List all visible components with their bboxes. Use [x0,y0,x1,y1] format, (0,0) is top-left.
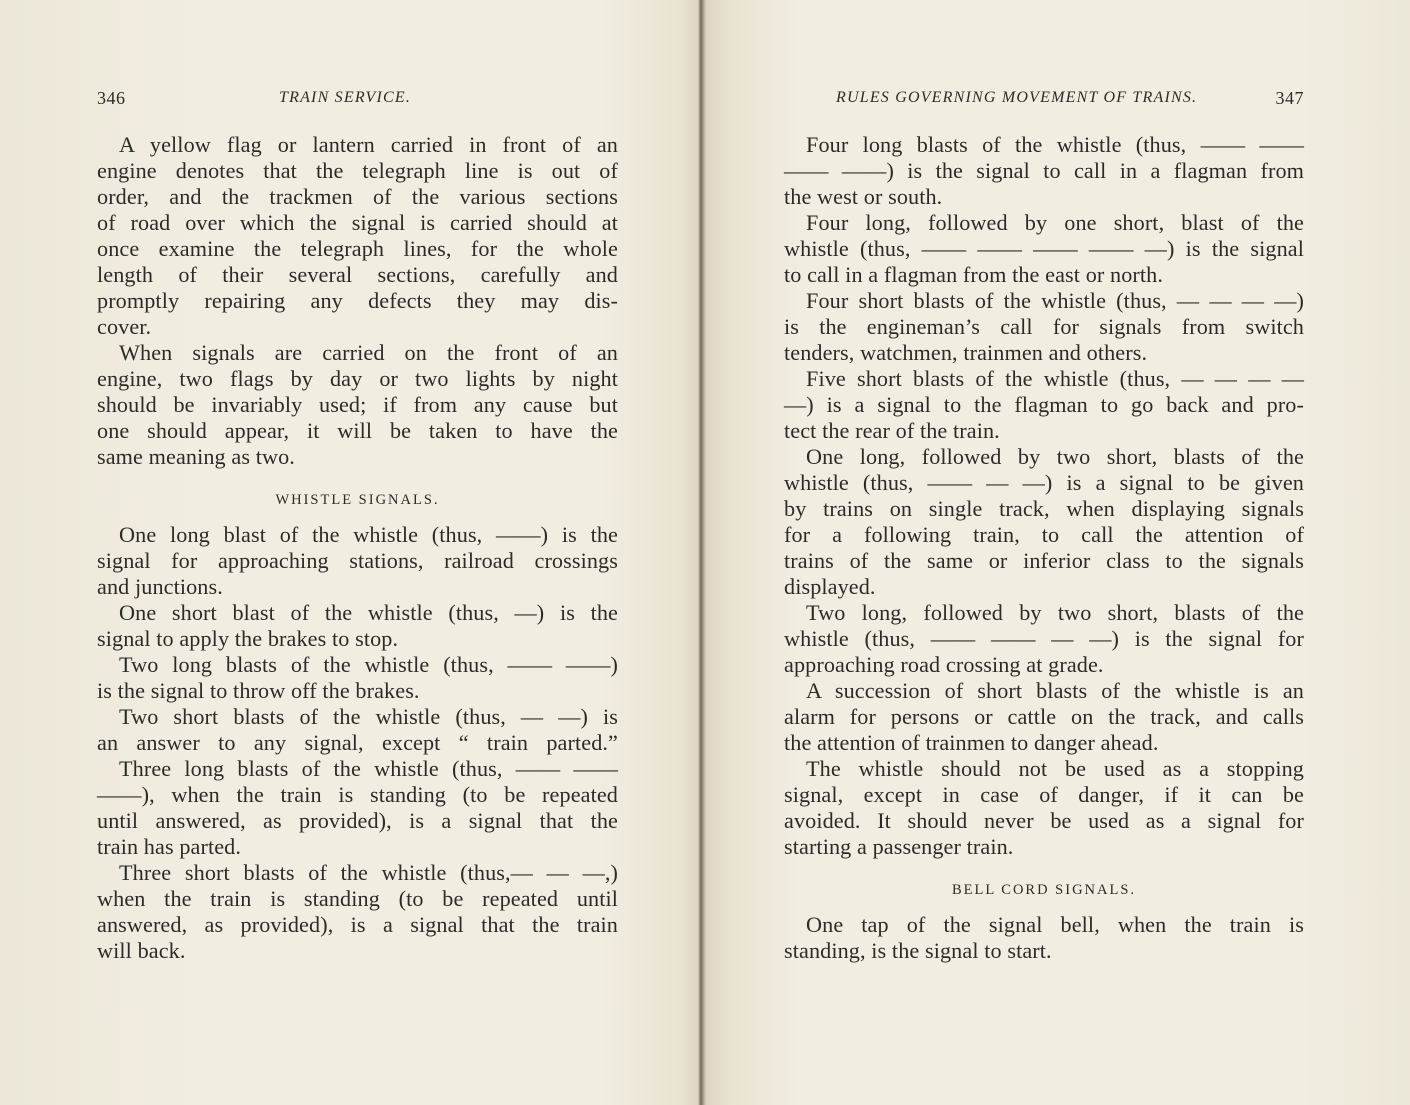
text-line: One tap of the signal bell, when the tra… [784,912,1304,938]
text-line: same meaning as two. [97,444,618,470]
text-line: starting a passenger train. [784,834,1304,860]
text-line: engine, two flags by day or two lights b… [97,366,618,392]
text-line: Three short blasts of the whistle (thus,… [97,860,618,886]
page-number: 347 [1276,88,1305,109]
text-line: once examine the telegraph lines, for th… [97,236,618,262]
text-line: signal to apply the brakes to stop. [97,626,618,652]
left-running-head: 346 TRAIN SERVICE. [97,88,618,112]
text-line: trains of the same or inferior class to … [784,548,1304,574]
text-line: Two long, followed by two short, blasts … [784,600,1304,626]
text-line: When signals are carried on the front of… [97,340,618,366]
running-head-title: TRAIN SERVICE. [279,89,411,107]
text-line: engine denotes that the telegraph line i… [97,158,618,184]
text-line: One long, followed by two short, blasts … [784,444,1304,470]
text-line: will back. [97,938,618,964]
text-line: the west or south. [784,184,1304,210]
text-line: and junctions. [97,574,618,600]
text-line: Five short blasts of the whistle (thus, … [784,366,1304,392]
text-line: is the signal to throw off the brakes. [97,678,618,704]
text-line: of road over which the signal is carried… [97,210,618,236]
text-line: whistle (thus, —— — —) is a signal to be… [784,470,1304,496]
text-line: One long blast of the whistle (thus, ——)… [97,522,618,548]
text-line: alarm for persons or cattle on the track… [784,704,1304,730]
text-line: promptly repairing any defects they may … [97,288,618,314]
section-heading-bell-cord-signals: BELL CORD SIGNALS. [784,880,1304,900]
text-line: is the engineman’s call for signals from… [784,314,1304,340]
right-page: RULES GOVERNING MOVEMENT OF TRAINS. 347 … [784,0,1304,1105]
text-line: whistle (thus, —— —— — —) is the signal … [784,626,1304,652]
text-line: by trains on single track, when displayi… [784,496,1304,522]
text-line: signal, except in case of danger, if it … [784,782,1304,808]
text-line: tenders, watchmen, trainmen and others. [784,340,1304,366]
text-line: ——), when the train is standing (to be r… [97,782,618,808]
text-line: tect the rear of the train. [784,418,1304,444]
text-line: train has parted. [97,834,618,860]
text-line: answered, as provided), is a signal that… [97,912,618,938]
text-line: displayed. [784,574,1304,600]
left-page: 346 TRAIN SERVICE. WHISTLE SIGNALS. A ye… [97,0,618,1105]
text-line: One short blast of the whistle (thus, —)… [97,600,618,626]
running-head-title: RULES GOVERNING MOVEMENT OF TRAINS. [836,89,1197,107]
text-line: when the train is standing (to be repeat… [97,886,618,912]
text-line: Three long blasts of the whistle (thus, … [97,756,618,782]
text-line: whistle (thus, —— —— —— —— —) is the sig… [784,236,1304,262]
text-line: for a following train, to call the atten… [784,522,1304,548]
book-spread: 346 TRAIN SERVICE. WHISTLE SIGNALS. A ye… [0,0,1410,1105]
text-line: standing, is the signal to start. [784,938,1304,964]
text-line: the attention of trainmen to danger ahea… [784,730,1304,756]
text-line: cover. [97,314,618,340]
text-line: —— ——) is the signal to call in a flagma… [784,158,1304,184]
text-line: Two long blasts of the whistle (thus, ——… [97,652,618,678]
text-line: —) is a signal to the flagman to go back… [784,392,1304,418]
text-line: Four short blasts of the whistle (thus, … [784,288,1304,314]
text-line: Four long, followed by one short, blast … [784,210,1304,236]
text-line: approaching road crossing at grade. [784,652,1304,678]
text-line: avoided. It should never be used as a si… [784,808,1304,834]
text-line: Two short blasts of the whistle (thus, —… [97,704,618,730]
text-line: length of their several sections, carefu… [97,262,618,288]
text-line: A succession of short blasts of the whis… [784,678,1304,704]
section-heading-whistle-signals: WHISTLE SIGNALS. [97,490,618,510]
text-line: The whistle should not be used as a stop… [784,756,1304,782]
text-line: order, and the trackmen of the various s… [97,184,618,210]
text-line: until answered, as provided), is a signa… [97,808,618,834]
text-line: signal for approaching stations, railroa… [97,548,618,574]
text-line: Four long blasts of the whistle (thus, —… [784,132,1304,158]
text-line: one should appear, it will be taken to h… [97,418,618,444]
text-line: to call in a flagman from the east or no… [784,262,1304,288]
text-line: should be invariably used; if from any c… [97,392,618,418]
right-running-head: RULES GOVERNING MOVEMENT OF TRAINS. 347 [784,88,1304,112]
text-line: an answer to any signal, except “ train … [97,730,618,756]
text-line: A yellow flag or lantern carried in fron… [97,132,618,158]
page-number: 346 [97,88,126,109]
